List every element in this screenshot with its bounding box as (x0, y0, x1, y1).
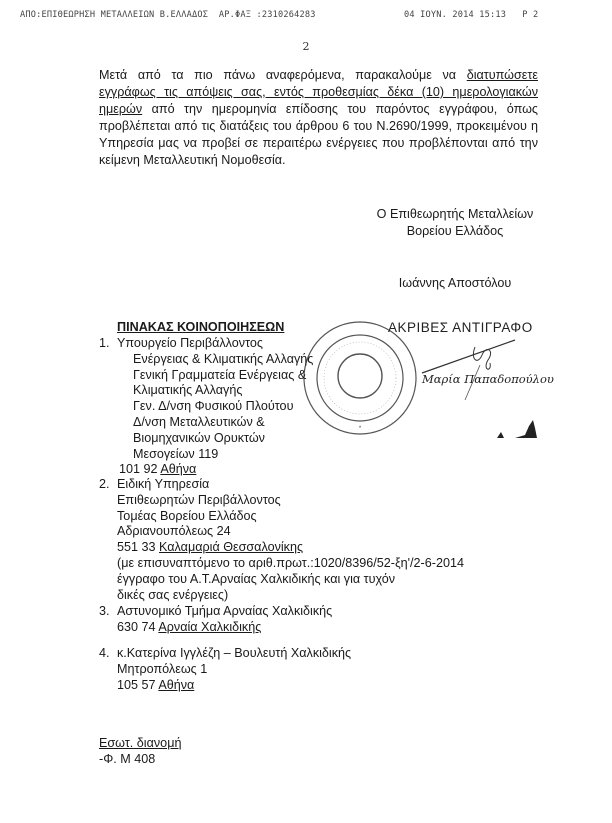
address-line: Μητροπόλεως 1 (117, 662, 351, 678)
postal-code: 630 74 (117, 620, 158, 634)
postal-line: 101 92 Αθήνα (117, 462, 313, 478)
svg-text:*: * (359, 426, 362, 432)
postal-code: 101 92 (119, 462, 160, 476)
address-line: Αδριανουπόλεως 24 (117, 524, 464, 540)
signatory-title: Ο Επιθεωρητής Μεταλλείων Βορείου Ελλάδος (355, 206, 555, 240)
signatory-title-line1: Ο Επιθεωρητής Μεταλλείων (355, 206, 555, 223)
postal-code: 551 33 (117, 540, 159, 554)
address-line: Επιθεωρητών Περιβάλλοντος (117, 493, 464, 509)
address-line: κ.Κατερίνα Ιγγλέζη – Βουλευτή Χαλκιδικής (117, 646, 351, 662)
address-line: Βιομηχανικών Ορυκτών (117, 431, 313, 447)
distribution-item-3: 3. Αστυνομικό Τμήμα Αρναίας Χαλκιδικής 6… (99, 604, 332, 636)
city: Αθήνα (160, 462, 196, 476)
ink-mark-icon (495, 418, 540, 440)
note-line: (με επισυναπτόμενο το αριθ.πρωτ.:1020/83… (117, 556, 464, 572)
fax-datetime-page: 04 ΙΟΥΝ. 2014 15:13 P 2 (404, 10, 538, 20)
item-number: 3. (99, 604, 115, 620)
city: Αθήνα (158, 678, 194, 692)
city: Καλαμαριά Θεσσαλονίκης (159, 540, 303, 554)
address-line: Γενική Γραμματεία Ενέργειας & (117, 368, 313, 384)
address-line: Δ/νση Μεταλλευτικών & (117, 415, 313, 431)
distribution-list-title: ΠΙΝΑΚΑΣ ΚΟΙΝΟΠΟΙΗΣΕΩΝ (117, 320, 284, 334)
address-line: Τομέας Βορείου Ελλάδος (117, 509, 464, 525)
postal-line: 551 33 Καλαμαριά Θεσσαλονίκης (117, 540, 464, 556)
postal-code: 105 57 (117, 678, 158, 692)
note-line: δικές σας ενέργειες) (117, 588, 464, 604)
distribution-item-1: 1. Υπουργείο Περιβάλλοντος Ενέργειας & Κ… (99, 336, 313, 478)
postal-line: 630 74 Αρναία Χαλκιδικής (117, 620, 332, 636)
address-line: Υπουργείο Περιβάλλοντος (117, 336, 313, 352)
postal-line: 105 57 Αθήνα (117, 678, 351, 694)
page-number: 2 (0, 40, 612, 53)
signatory-name: Ιωάννης Αποστόλου (375, 275, 535, 292)
handwritten-signature-icon (420, 335, 540, 405)
city: Αρναία Χαλκιδικής (158, 620, 261, 634)
address-line: Γεν. Δ/νση Φυσικού Πλούτου (117, 399, 313, 415)
body-paragraph: Μετά από τα πιο πάνω αναφερόμενα, παρακα… (99, 67, 538, 169)
address-line: Κλιματικής Αλλαγής (117, 383, 313, 399)
distribution-item-2: 2. Ειδική Υπηρεσία Επιθεωρητών Περιβάλλο… (99, 477, 464, 603)
internal-distribution-file: -Φ. Μ 408 (99, 751, 181, 767)
note-line: έγγραφο του Α.Τ.Αρναίας Χαλκιδικής και γ… (117, 572, 464, 588)
official-seal-stamp-icon: * (300, 318, 420, 438)
address-line: Ειδική Υπηρεσία (117, 477, 464, 493)
body-text-rest: από την ημερομηνία επίδοσης του παρόντος… (99, 102, 538, 167)
fax-header: ΑΠΟ:ΕΠΙΘΕΩΡΗΣΗ ΜΕΤΑΛΛΕΙΩΝ Β.ΕΛΛΑΔΟΣ ΑΡ.Φ… (20, 10, 592, 20)
distribution-item-4: 4. κ.Κατερίνα Ιγγλέζη – Βουλευτή Χαλκιδι… (99, 646, 351, 693)
address-line: Αστυνομικό Τμήμα Αρναίας Χαλκιδικής (117, 604, 332, 620)
body-text: Μετά από τα πιο πάνω αναφερόμενα, παρακα… (99, 68, 467, 82)
certified-copy-stamp: ΑΚΡΙΒΕΣ ΑΝΤΙΓΡΑΦΟ (388, 320, 533, 335)
address-line: Ενέργειας & Κλιματικής Αλλαγής (117, 352, 313, 368)
certified-copy-name: Μαρία Παπαδοπούλου (422, 372, 554, 386)
address-line: Μεσογείων 119 (117, 447, 313, 463)
signatory-title-line2: Βορείου Ελλάδος (355, 223, 555, 240)
internal-distribution-title: Εσωτ. διανομή (99, 735, 181, 751)
item-number: 2. (99, 477, 115, 493)
fax-sender: ΑΠΟ:ΕΠΙΘΕΩΡΗΣΗ ΜΕΤΑΛΛΕΙΩΝ Β.ΕΛΛΑΔΟΣ ΑΡ.Φ… (20, 10, 316, 20)
item-number: 1. (99, 336, 115, 352)
item-number: 4. (99, 646, 115, 662)
internal-distribution: Εσωτ. διανομή -Φ. Μ 408 (99, 735, 181, 767)
